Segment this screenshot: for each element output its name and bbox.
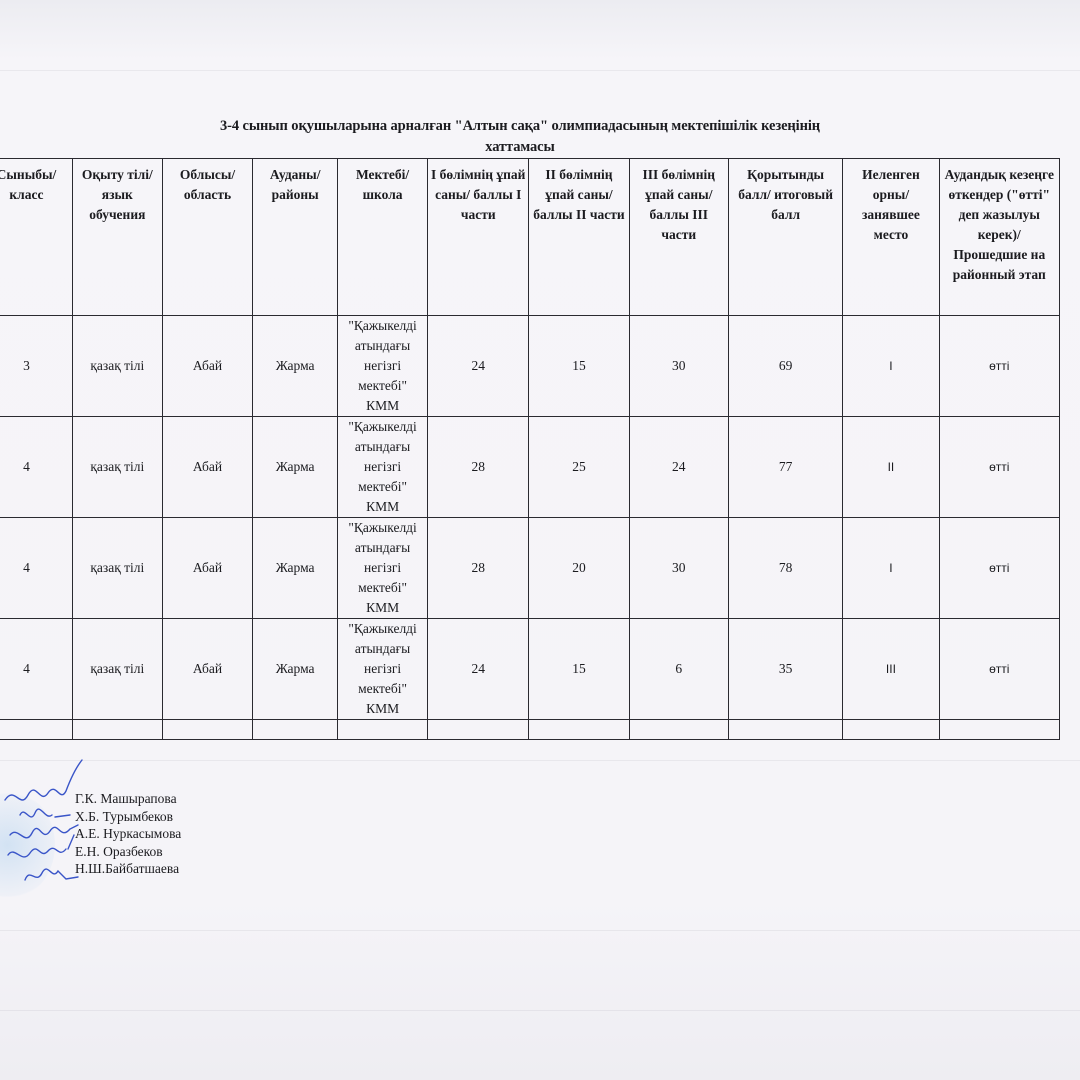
grade-cell: 4 <box>0 417 72 518</box>
empty-cell <box>728 720 842 740</box>
empty-table-row <box>0 720 1060 740</box>
place-cell: II <box>843 417 939 518</box>
passed-cell: өтті <box>939 619 1059 720</box>
language-cell: қазақ тілі <box>72 417 162 518</box>
column-header: Оқыту тілі/ язык обучения <box>72 159 162 316</box>
passed-cell: өтті <box>939 518 1059 619</box>
district-cell: Жарма <box>253 619 338 720</box>
table-row: 4қазақ тіліАбайЖарма"Қажыкелді атындағы … <box>0 619 1060 720</box>
empty-cell <box>338 720 428 740</box>
table-header-row: Сыныбы/классОқыту тілі/ язык обученияОбл… <box>0 159 1060 316</box>
region-cell: Абай <box>162 619 253 720</box>
region-cell: Абай <box>162 417 253 518</box>
part3-score-cell: 30 <box>629 518 728 619</box>
part2-score-cell: 15 <box>529 619 629 720</box>
column-header: Аудандық кезеңге өткендер ("өтті" деп жа… <box>939 159 1059 316</box>
total-score-cell: 69 <box>728 316 842 417</box>
empty-cell <box>843 720 939 740</box>
scan-artifact-line <box>0 70 1080 71</box>
language-cell: қазақ тілі <box>72 619 162 720</box>
column-header: Қорытынды балл/ итоговый балл <box>728 159 842 316</box>
school-cell: "Қажыкелді атындағы негізгі мектебі" КММ <box>338 417 428 518</box>
empty-cell <box>0 720 72 740</box>
column-header: Мектебі/ школа <box>338 159 428 316</box>
district-cell: Жарма <box>253 316 338 417</box>
language-cell: қазақ тілі <box>72 518 162 619</box>
total-score-cell: 35 <box>728 619 842 720</box>
signer-name: Г.К. Машырапова <box>75 790 181 808</box>
results-table: Сыныбы/классОқыту тілі/ язык обученияОбл… <box>0 158 1060 740</box>
title-line-2: хаттамасы <box>0 137 1040 158</box>
grade-cell: 3 <box>0 316 72 417</box>
total-score-cell: 77 <box>728 417 842 518</box>
table-row: 3қазақ тіліАбайЖарма"Қажыкелді атындағы … <box>0 316 1060 417</box>
empty-cell <box>428 720 529 740</box>
part3-score-cell: 24 <box>629 417 728 518</box>
signer-name: А.Е. Нуркасымова <box>75 825 181 843</box>
column-header: III бөлімнің ұпай саны/ баллы III части <box>629 159 728 316</box>
school-cell: "Қажыкелді атындағы негізгі мектебі" КММ <box>338 619 428 720</box>
signer-name: Х.Б. Турымбеков <box>75 808 181 826</box>
signer-name: Е.Н. Оразбеков <box>75 843 181 861</box>
part2-score-cell: 25 <box>529 417 629 518</box>
empty-cell <box>529 720 629 740</box>
empty-cell <box>629 720 728 740</box>
grade-cell: 4 <box>0 619 72 720</box>
part3-score-cell: 6 <box>629 619 728 720</box>
signers-list: Г.К. МашыраповаХ.Б. ТурымбековА.Е. Нурка… <box>75 790 181 878</box>
document-title: 3-4 сынып оқушыларына арналған "Алтын са… <box>0 116 1040 158</box>
school-cell: "Қажыкелді атындағы негізгі мектебі" КММ <box>338 316 428 417</box>
district-cell: Жарма <box>253 417 338 518</box>
table-row: 4қазақ тіліАбайЖарма"Қажыкелді атындағы … <box>0 417 1060 518</box>
part2-score-cell: 15 <box>529 316 629 417</box>
district-cell: Жарма <box>253 518 338 619</box>
scan-artifact-line <box>0 930 1080 931</box>
region-cell: Абай <box>162 316 253 417</box>
passed-cell: өтті <box>939 417 1059 518</box>
empty-cell <box>253 720 338 740</box>
passed-cell: өтті <box>939 316 1059 417</box>
total-score-cell: 78 <box>728 518 842 619</box>
column-header: Иеленген орны/ занявшее место <box>843 159 939 316</box>
part1-score-cell: 28 <box>428 417 529 518</box>
column-header: II бөлімнің ұпай саны/ баллы II части <box>529 159 629 316</box>
empty-cell <box>162 720 253 740</box>
column-header: Ауданы/ районы <box>253 159 338 316</box>
table-body: 3қазақ тіліАбайЖарма"Қажыкелді атындағы … <box>0 316 1060 740</box>
place-cell: III <box>843 619 939 720</box>
part1-score-cell: 24 <box>428 316 529 417</box>
school-cell: "Қажыкелді атындағы негізгі мектебі" КММ <box>338 518 428 619</box>
empty-cell <box>939 720 1059 740</box>
scan-artifact-line <box>0 760 1080 761</box>
region-cell: Абай <box>162 518 253 619</box>
part2-score-cell: 20 <box>529 518 629 619</box>
part1-score-cell: 28 <box>428 518 529 619</box>
scan-artifact-line <box>0 1010 1080 1011</box>
column-header: I бөлімнің ұпай саны/ баллы I части <box>428 159 529 316</box>
place-cell: I <box>843 316 939 417</box>
column-header: Сыныбы/класс <box>0 159 72 316</box>
part1-score-cell: 24 <box>428 619 529 720</box>
column-header: Облысы/ область <box>162 159 253 316</box>
empty-cell <box>72 720 162 740</box>
signer-name: Н.Ш.Байбатшаева <box>75 860 181 878</box>
table-row: 4қазақ тіліАбайЖарма"Қажыкелді атындағы … <box>0 518 1060 619</box>
title-line-1: 3-4 сынып оқушыларына арналған "Алтын са… <box>0 116 1040 137</box>
part3-score-cell: 30 <box>629 316 728 417</box>
grade-cell: 4 <box>0 518 72 619</box>
place-cell: I <box>843 518 939 619</box>
language-cell: қазақ тілі <box>72 316 162 417</box>
